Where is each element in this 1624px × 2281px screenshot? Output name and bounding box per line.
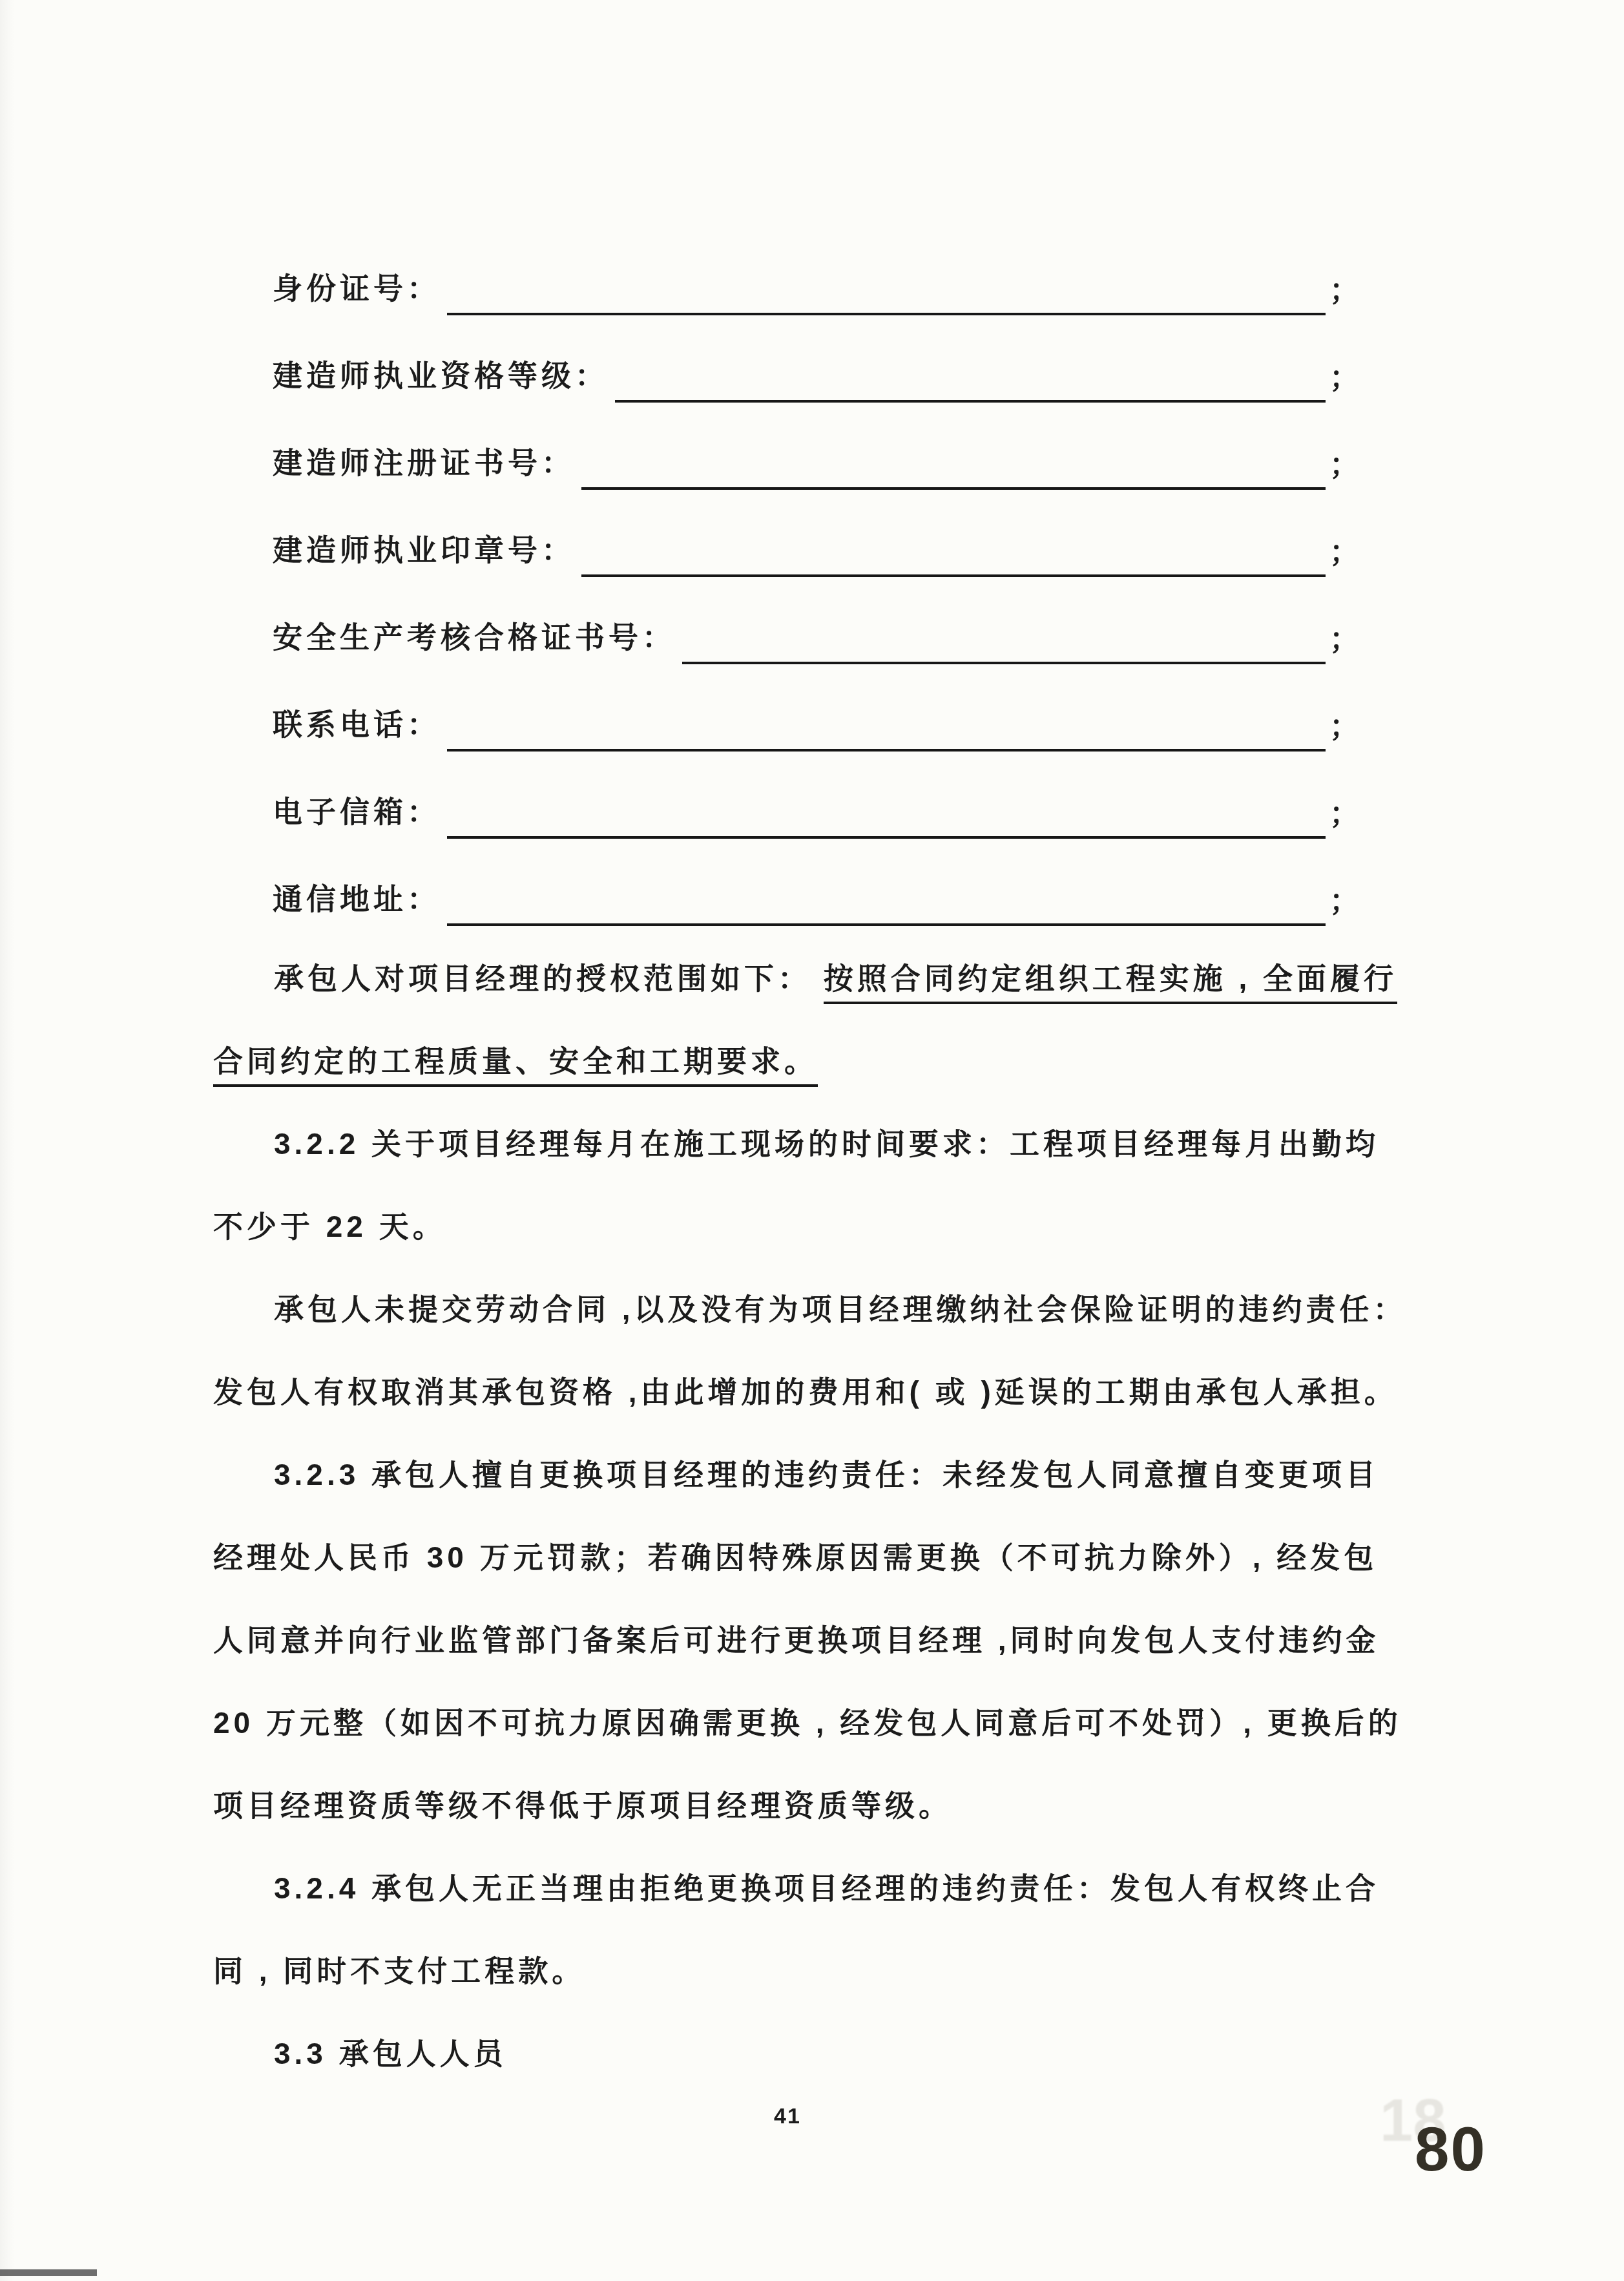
field-label: 通信地址： bbox=[273, 876, 441, 918]
paragraph-line: 人同意并向行业监管部门备案后可进行更换项目经理 ,同时向发包人支付违约金 bbox=[213, 1617, 1363, 1699]
underlined-text: 按照合同约定组织工程实施 , 全面履行 bbox=[824, 962, 1397, 1004]
paragraph-line: 承包人未提交劳动合同 ,以及没有为项目经理缴纳社会保险证明的违约责任： bbox=[213, 1286, 1363, 1369]
blank-underline bbox=[581, 536, 1326, 577]
paragraph-line: 发包人有权取消其承包资格 ,由此增加的费用和( 或 )延误的工期由承包人承担。 bbox=[213, 1369, 1363, 1451]
line-text: 经理处人民币 30 万元罚款；若确因特殊原因需更换（不可抗力除外）, 经发包 bbox=[213, 1540, 1377, 1574]
paragraph-line: 3.2.2 关于项目经理每月在施工现场的时间要求：工程项目经理每月出勤均 bbox=[213, 1120, 1363, 1203]
paragraph-line: 经理处人民币 30 万元罚款；若确因特殊原因需更换（不可抗力除外）, 经发包 bbox=[213, 1534, 1363, 1617]
body-text-section: 承包人对项目经理的授权范围如下： 按照合同约定组织工程实施 , 全面履行 合同约… bbox=[213, 955, 1363, 2113]
blank-underline bbox=[447, 274, 1326, 315]
form-field-row: 电子信箱： ； bbox=[273, 781, 1363, 831]
line-text: 项目经理资质等级不得低于原项目经理资质等级。 bbox=[213, 1789, 952, 1822]
field-semicolon: ； bbox=[1329, 615, 1363, 658]
line-text: 承包人未提交劳动合同 ,以及没有为项目经理缴纳社会保险证明的违约责任： bbox=[274, 1292, 1407, 1326]
field-label: 联系电话： bbox=[273, 701, 441, 744]
underlined-text: 合同约定的工程质量、安全和工期要求。 bbox=[213, 1044, 818, 1087]
paragraph-line: 合同约定的工程质量、安全和工期要求。 bbox=[213, 1038, 1363, 1120]
line-text: 3.2.3 承包人擅自更换项目经理的违约责任：未经发包人同意擅自变更项目 bbox=[274, 1458, 1379, 1491]
field-semicolon: ； bbox=[1329, 441, 1363, 483]
paragraph-line: 20 万元整（如因不可抗力原因确需更换 , 经发包人同意后可不处罚）, 更换后的 bbox=[213, 1699, 1363, 1782]
form-field-row: 建造师注册证书号： ； bbox=[273, 432, 1363, 482]
folio-stamp-number: 80 bbox=[1415, 2114, 1486, 2185]
paragraph-line: 同 , 同时不支付工程款。 bbox=[213, 1948, 1363, 2030]
blank-underline bbox=[447, 710, 1326, 752]
field-semicolon: ； bbox=[1329, 877, 1363, 920]
form-field-row: 建造师执业印章号： ； bbox=[273, 519, 1363, 569]
field-semicolon: ； bbox=[1329, 790, 1363, 832]
field-label: 建造师执业印章号： bbox=[273, 527, 575, 569]
paragraph-line: 3.2.3 承包人擅自更换项目经理的违约责任：未经发包人同意擅自变更项目 bbox=[213, 1451, 1363, 1534]
form-field-row: 建造师执业资格等级： ； bbox=[273, 344, 1363, 395]
paragraph-line: 项目经理资质等级不得低于原项目经理资质等级。 bbox=[213, 1782, 1363, 1865]
paragraph-line: 3.3 承包人人员 bbox=[213, 2030, 1363, 2113]
line-text: 3.3 承包人人员 bbox=[274, 2037, 507, 2070]
field-semicolon: ； bbox=[1329, 702, 1363, 745]
paragraph-line: 3.2.4 承包人无正当理由拒绝更换项目经理的违约责任：发包人有权终止合 bbox=[213, 1865, 1363, 1948]
line-text: 人同意并向行业监管部门备案后可进行更换项目经理 ,同时向发包人支付违约金 bbox=[213, 1623, 1380, 1657]
field-semicolon: ； bbox=[1329, 528, 1363, 571]
page-content: 身份证号： ； 建造师执业资格等级： ； 建造师注册证书号： ； 建造师执业印章… bbox=[213, 257, 1363, 2113]
scan-artifact-bottom-left bbox=[0, 2269, 97, 2276]
blank-underline bbox=[447, 885, 1326, 926]
line-text: 同 , 同时不支付工程款。 bbox=[213, 1954, 585, 1988]
blank-underline bbox=[447, 797, 1326, 839]
line-text: 不少于 22 天。 bbox=[213, 1210, 446, 1243]
form-field-row: 安全生产考核合格证书号： ； bbox=[273, 606, 1363, 657]
paragraph-line: 承包人对项目经理的授权范围如下： 按照合同约定组织工程实施 , 全面履行 bbox=[213, 955, 1363, 1038]
field-label: 建造师注册证书号： bbox=[273, 439, 575, 482]
line-text: 3.2.4 承包人无正当理由拒绝更换项目经理的违约责任：发包人有权终止合 bbox=[274, 1871, 1379, 1905]
form-field-row: 身份证号： ； bbox=[273, 257, 1363, 308]
field-semicolon: ； bbox=[1329, 353, 1363, 396]
blank-underline bbox=[615, 361, 1326, 403]
blank-underline bbox=[682, 623, 1326, 664]
field-semicolon: ； bbox=[1329, 266, 1363, 309]
line-text: 承包人对项目经理的授权范围如下： bbox=[274, 962, 811, 995]
page-number: 41 bbox=[774, 2104, 801, 2129]
form-fields-section: 身份证号： ； 建造师执业资格等级： ； 建造师注册证书号： ； 建造师执业印章… bbox=[213, 257, 1363, 918]
form-field-row: 通信地址： ； bbox=[273, 868, 1363, 918]
field-label: 电子信箱： bbox=[273, 788, 441, 831]
field-label: 身份证号： bbox=[273, 265, 441, 308]
line-text: 发包人有权取消其承包资格 ,由此增加的费用和( 或 )延误的工期由承包人承担。 bbox=[213, 1375, 1398, 1409]
blank-underline bbox=[581, 448, 1326, 490]
paragraph-line: 不少于 22 天。 bbox=[213, 1203, 1363, 1286]
field-label: 建造师执业资格等级： bbox=[273, 352, 609, 395]
field-label: 安全生产考核合格证书号： bbox=[273, 614, 676, 657]
scanned-contract-page: 身份证号： ； 建造师执业资格等级： ； 建造师注册证书号： ； 建造师执业印章… bbox=[0, 0, 1624, 2281]
line-text: 20 万元整（如因不可抗力原因确需更换 , 经发包人同意后可不处罚）, 更换后的 bbox=[213, 1706, 1402, 1740]
line-text: 3.2.2 关于项目经理每月在施工现场的时间要求：工程项目经理每月出勤均 bbox=[274, 1127, 1379, 1161]
form-field-row: 联系电话： ； bbox=[273, 693, 1363, 744]
